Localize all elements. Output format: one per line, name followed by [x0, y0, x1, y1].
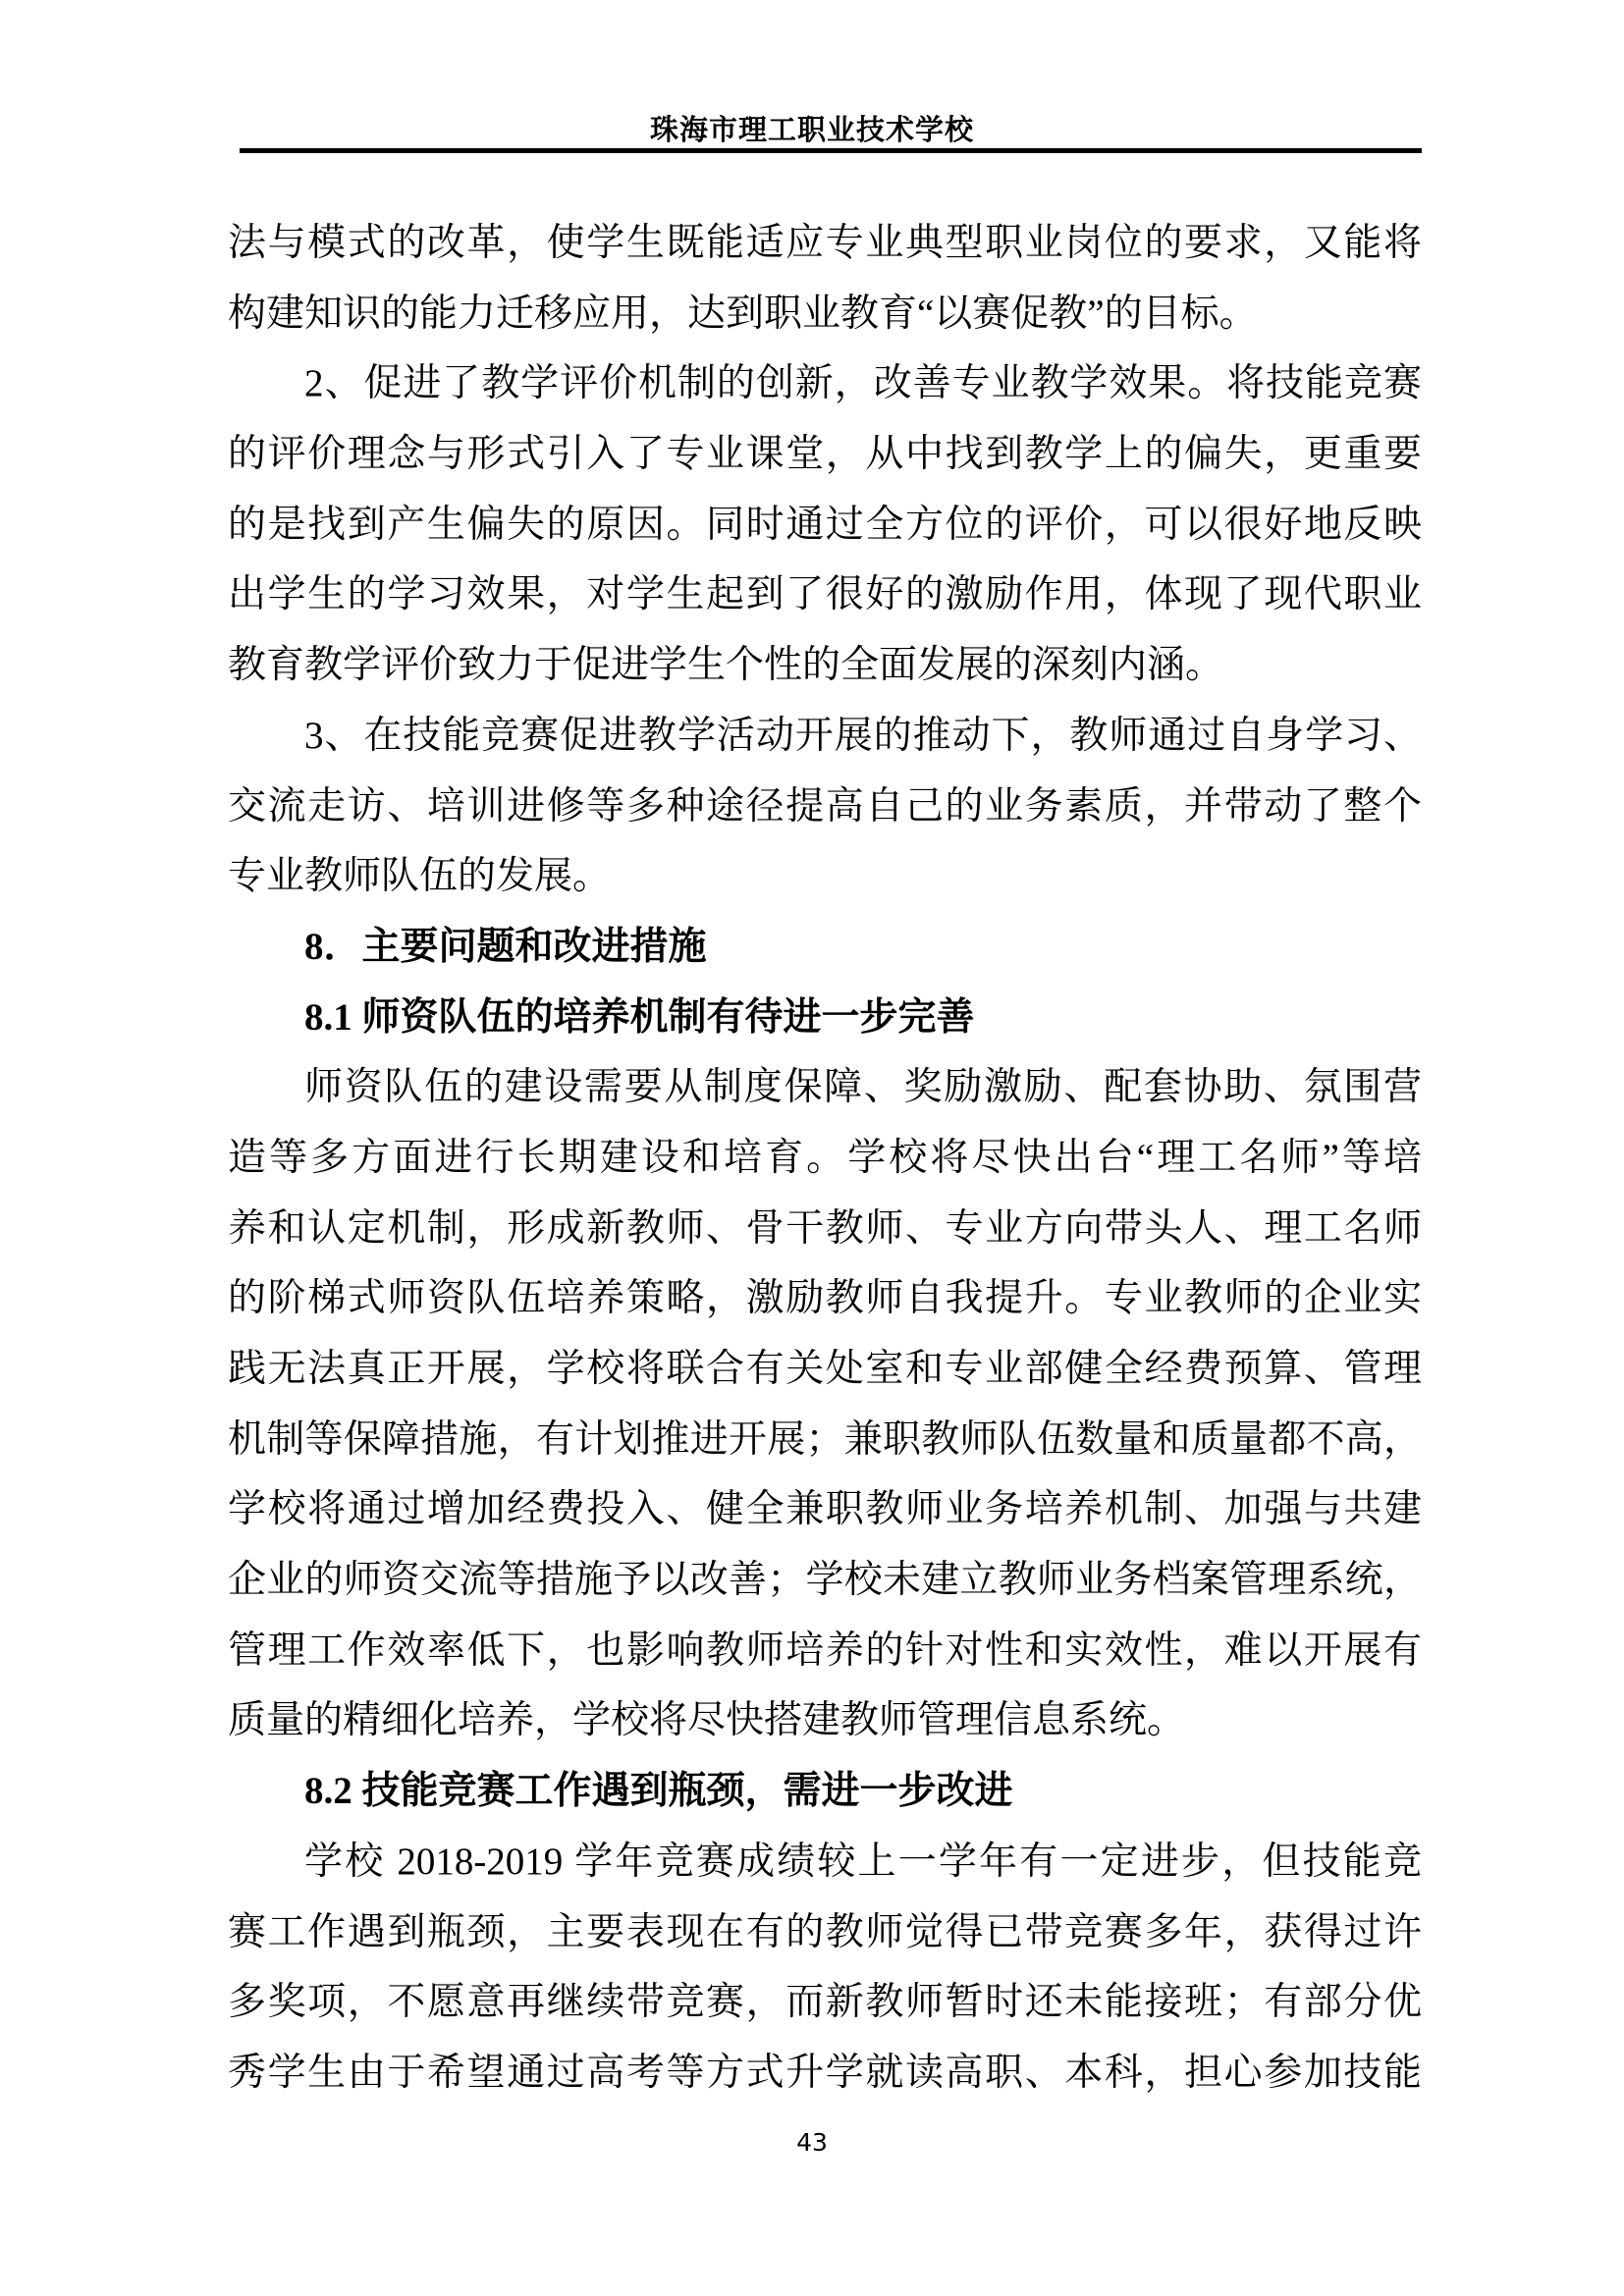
- text-line: 出学生的学习效果，对学生起到了很好的激励作用，体现了现代职业: [228, 560, 1422, 630]
- text-line: 多奖项，不愿意再继续带竞赛，而新教师暂时还未能接班；有部分优: [228, 1967, 1422, 2038]
- text-line: 质量的精细化培养，学校将尽快搭建教师管理信息系统。: [228, 1685, 1422, 1756]
- text-line: 管理工作效率低下，也影响教师培养的针对性和实效性，难以开展有: [228, 1616, 1422, 1686]
- header-rule: [240, 148, 1422, 153]
- text-line: 3、在技能竞赛促进教学活动开展的推动下，教师通过自身学习、: [228, 701, 1422, 772]
- page-number: 43: [796, 2128, 828, 2157]
- text-line: 教育教学评价致力于促进学生个性的全面发展的深刻内涵。: [228, 630, 1422, 701]
- text-line: 专业教师队伍的发展。: [228, 841, 1422, 912]
- text-line: 的评价理念与形式引入了专业课堂，从中找到教学上的偏失，更重要: [228, 419, 1422, 490]
- text-line: 学校将通过增加经费投入、健全兼职教师业务培养机制、加强与共建: [228, 1474, 1422, 1545]
- heading-line: 8.1 师资队伍的培养机制有待进一步完善: [228, 983, 1422, 1053]
- text-line: 践无法真正开展，学校将联合有关处室和专业部健全经费预算、管理: [228, 1334, 1422, 1405]
- document-body: 法与模式的改革，使学生既能适应专业典型职业岗位的要求，又能将构建知识的能力迁移应…: [228, 208, 1422, 2109]
- page-footer: 43: [0, 2128, 1624, 2157]
- text-line: 造等多方面进行长期建设和培育。学校将尽快出台“理工名师”等培: [228, 1123, 1422, 1194]
- text-line: 企业的师资交流等措施予以改善；学校未建立教师业务档案管理系统，: [228, 1545, 1422, 1616]
- text-line: 法与模式的改革，使学生既能适应专业典型职业岗位的要求，又能将: [228, 208, 1422, 279]
- text-line: 2、促进了教学评价机制的创新，改善专业教学效果。将技能竞赛: [228, 348, 1422, 419]
- text-line: 秀学生由于希望通过高考等方式升学就读高职、本科，担心参加技能: [228, 2038, 1422, 2109]
- text-line: 养和认定机制，形成新教师、骨干教师、专业方向带头人、理工名师: [228, 1194, 1422, 1264]
- page-header-title: 珠海市理工职业技术学校: [0, 108, 1624, 148]
- text-line: 机制等保障措施，有计划推进开展；兼职教师队伍数量和质量都不高，: [228, 1405, 1422, 1475]
- heading-line: 8.2 技能竞赛工作遇到瓶颈，需进一步改进: [228, 1756, 1422, 1827]
- text-line: 交流走访、培训进修等多种途径提高自己的业务素质，并带动了整个: [228, 772, 1422, 842]
- text-line: 构建知识的能力迁移应用，达到职业教育“以赛促教”的目标。: [228, 279, 1422, 349]
- text-line: 师资队伍的建设需要从制度保障、奖励激励、配套协助、氛围营: [228, 1052, 1422, 1123]
- text-line: 的阶梯式师资队伍培养策略，激励教师自我提升。专业教师的企业实: [228, 1263, 1422, 1334]
- text-line: 的是找到产生偏失的原因。同时通过全方位的评价，可以很好地反映: [228, 490, 1422, 561]
- document-page: 珠海市理工职业技术学校 法与模式的改革，使学生既能适应专业典型职业岗位的要求，又…: [0, 0, 1624, 2296]
- text-line: 学校 2018-2019 学年竞赛成绩较上一学年有一定进步，但技能竞: [228, 1827, 1422, 1897]
- text-line: 赛工作遇到瓶颈，主要表现在有的教师觉得已带竞赛多年，获得过许: [228, 1897, 1422, 1968]
- heading-line: 8．主要问题和改进措施: [228, 912, 1422, 983]
